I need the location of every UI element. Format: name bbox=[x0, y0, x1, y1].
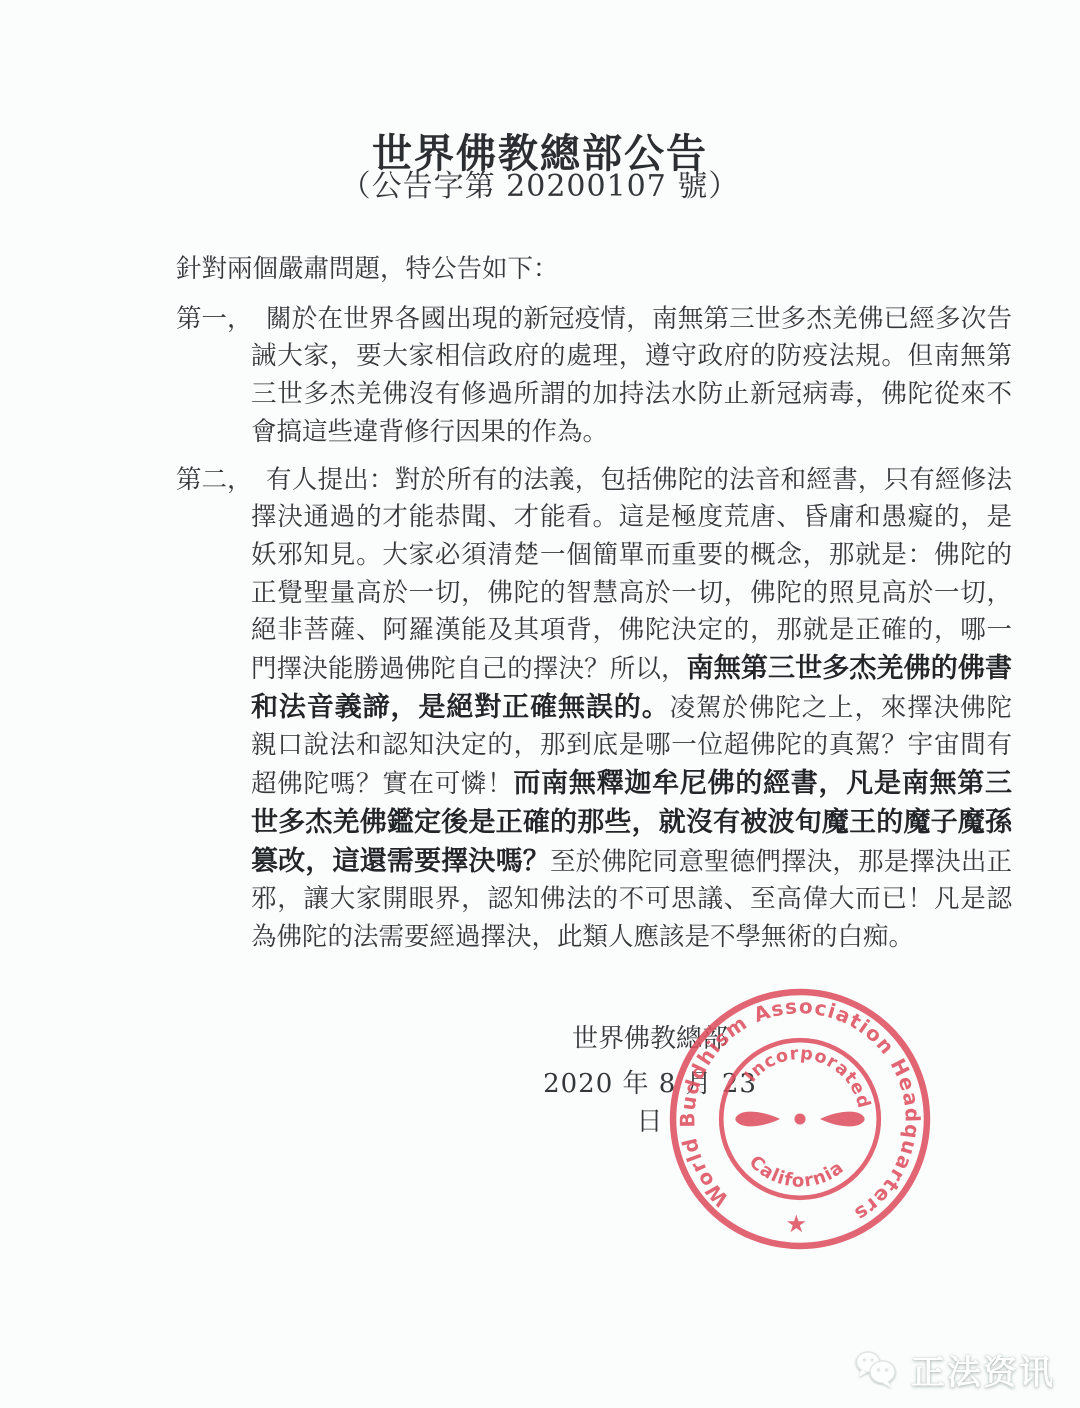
item-label: 第二， bbox=[176, 462, 253, 500]
announcement-number: （公告字第 20200107 號） bbox=[0, 161, 1080, 205]
svg-text:World Buddhism Association Hea: World Buddhism Association Headquarters bbox=[666, 983, 936, 1232]
watermark-label: 正法资讯 bbox=[911, 1345, 1055, 1394]
announcement-document: 世界佛教總部公告 （公告字第 20200107 號） 針對兩個嚴肅問題，特公告如… bbox=[0, 0, 1080, 1408]
text-segment: 關於在世界各國出現的新冠疫情，南無第三世多杰羌佛已經多次告誡大家，要大家相信政府… bbox=[251, 304, 1012, 447]
item-label: 第一， bbox=[176, 301, 253, 339]
text-segment: 有人提出：對於所有的法義，包括佛陀的法音和經書，只有經修法擇決通過的才能恭聞、才… bbox=[251, 465, 1012, 685]
wechat-bubbles-icon bbox=[854, 1349, 902, 1391]
seal-emblem bbox=[735, 1112, 864, 1127]
intro-text: 針對兩個嚴肅問題，特公告如下： bbox=[176, 251, 1012, 289]
item-second: 第二，有人提出：對於所有的法義，包括佛陀的法音和經書，只有經修法擇決通過的才能恭… bbox=[176, 462, 1012, 957]
item-first: 第一，關於在世界各國出現的新冠疫情，南無第三世多杰羌佛已經多次告誡大家，要大家相… bbox=[176, 301, 1012, 452]
official-seal: World Buddhism Association Headquarters … bbox=[661, 980, 939, 1258]
seal-ring-text: World Buddhism Association Headquarters bbox=[666, 983, 936, 1232]
document-body: 針對兩個嚴肅問題，特公告如下： 第一，關於在世界各國出現的新冠疫情，南無第三世多… bbox=[176, 251, 1012, 957]
watermark: 正法资讯 bbox=[854, 1345, 1055, 1394]
seal-star: ★ bbox=[785, 1210, 807, 1238]
